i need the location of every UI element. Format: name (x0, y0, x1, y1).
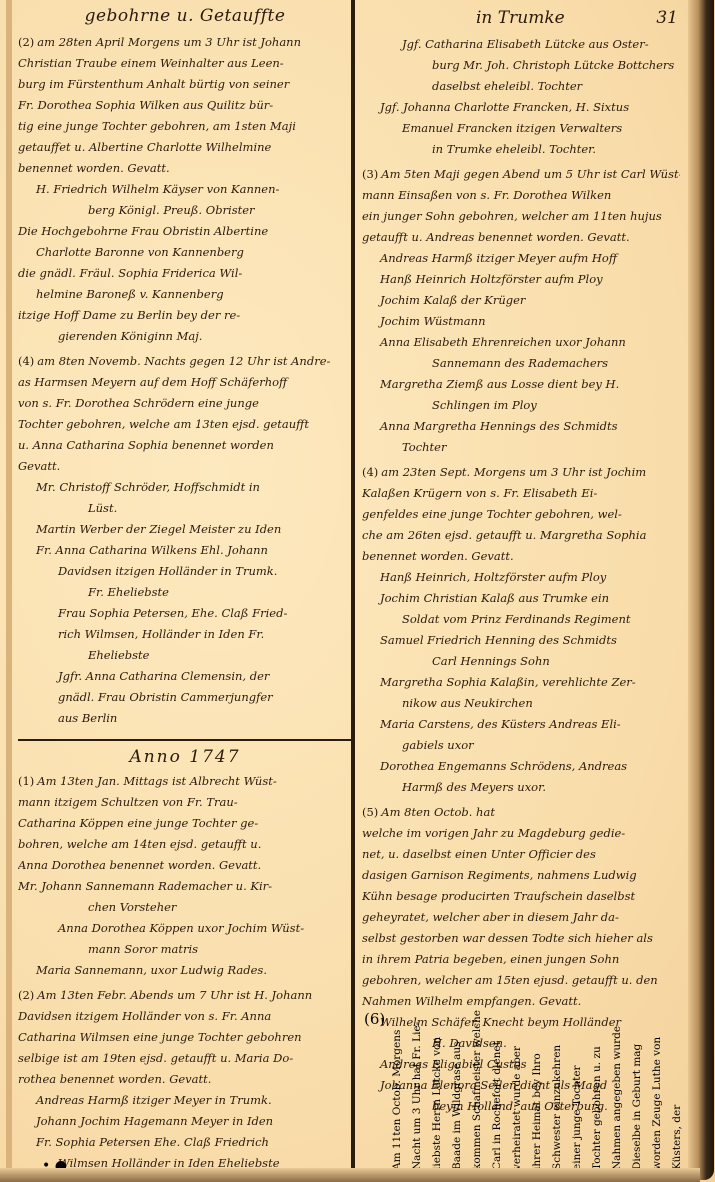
sponsor-line: gierenden Königinn Maj. (18, 326, 352, 347)
vertical-entry-6: (6) Am 11ten Octob. Morgens Nacht um 3 U… (364, 1010, 644, 1170)
vertical-line: Tochter gebohren u. zu (588, 1010, 606, 1170)
sponsor-line: Fr. Anna Catharina Wilkens Ehl. Johann (18, 540, 352, 561)
entry-line: Gevatt. (18, 456, 352, 477)
sponsor-line: chen Vorsteher (18, 897, 352, 918)
sponsor-line: gabiels uxor (362, 735, 680, 756)
entry-line: benennet worden. Gevatt. (362, 546, 680, 567)
entry-line: geheyratet, welcher aber in diesem Jahr … (362, 907, 680, 928)
sponsor-line: Harmß des Meyers uxor. (362, 777, 680, 798)
sponsor-line: aus Berlin (18, 708, 352, 729)
entry-line: Davidsen itzigem Holländer von s. Fr. An… (18, 1006, 352, 1027)
entry-line: getaufft u. Andreas benennet worden. Gev… (362, 227, 680, 248)
entry-line: benennet worden. Gevatt. (18, 158, 352, 179)
entry-number: (6) (364, 1010, 385, 1028)
sponsor-line: Eheliebste (18, 645, 352, 666)
entry-line: Christian Traube einem Weinhalter aus Le… (18, 53, 352, 74)
sponsor-line: Sannemann des Rademachers (362, 353, 680, 374)
right-page-header: in Trumke 31 (476, 8, 678, 28)
sponsor-line: Anna Elisabeth Ehrenreichen uxor Johann (362, 332, 680, 353)
sponsor-line: Anna Dorothea Köppen uxor Jochim Wüst- (18, 918, 352, 939)
entry-number: (3) (362, 167, 378, 181)
continued-sponsors: Jgf. Catharina Elisabeth Lütcke aus Oste… (362, 34, 680, 160)
entry-line: selbst gestorben war dessen Todte sich h… (362, 928, 680, 949)
entry-number: (2) (18, 988, 34, 1002)
book-page-edge (688, 0, 714, 1180)
baptism-entry-2: (2)am 28ten April Morgens um 3 Uhr ist J… (18, 32, 352, 347)
sponsor-line: mann Soror matris (18, 939, 352, 960)
sponsor-line: Jgf. Catharina Elisabeth Lütcke aus Oste… (362, 34, 680, 55)
sponsor-line: Lüst. (18, 498, 352, 519)
sponsor-line: Schlingen im Ploy (362, 395, 680, 416)
sponsor-line: die gnädl. Fräul. Sophia Friderica Wil- (18, 263, 352, 284)
entry-line: Catharina Wilmsen eine junge Tochter geb… (18, 1027, 352, 1048)
entry-line: selbige ist am 19ten ejsd. getaufft u. M… (18, 1048, 352, 1069)
sponsor-line: Tochter (362, 437, 680, 458)
entry-line: Am 8ten Octob. hat (381, 805, 495, 819)
entry-line: Fr. Dorothea Sophia Wilken aus Quilitz b… (18, 95, 352, 116)
sponsor-line: Margretha Sophia Kalaßin, verehlichte Ze… (362, 672, 680, 693)
vertical-line: liebste Herrn Lütcke von (428, 1010, 446, 1170)
entry-line: Nahmen Wilhelm empfangen. Gevatt. (362, 991, 680, 1012)
section-divider (18, 739, 352, 741)
book-spine-gutter (351, 0, 355, 1178)
entry-line: bohren, welche am 14ten ejsd. getaufft u… (18, 834, 352, 855)
entry-line: che am 26ten ejsd. getaufft u. Margretha… (362, 525, 680, 546)
vertical-line: ihrer Heimat bey Ihro (528, 1010, 546, 1170)
sponsor-line: Andreas Harmß itziger Meyer aufm Hoff (362, 248, 680, 269)
sponsor-line: Mr. Christoff Schröder, Hoffschmidt in (18, 477, 352, 498)
vertical-line: Nahmen angegeben wurde (608, 1010, 626, 1170)
sponsor-line: Anna Margretha Hennings des Schmidts (362, 416, 680, 437)
entry-line: burg im Fürstenthum Anhalt bürtig von se… (18, 74, 352, 95)
entry-line: am 23ten Sept. Morgens um 3 Uhr ist Joch… (381, 465, 646, 479)
entry-number: (1) (18, 774, 34, 788)
entry-line: Tochter gebohren, welche am 13ten ejsd. … (18, 414, 352, 435)
entry-line: welche im vorigen Jahr zu Magdeburg gedi… (362, 823, 680, 844)
entry-line: genfeldes eine junge Tochter gebohren, w… (362, 504, 680, 525)
vertical-line: Carl in Rochefort dienet (488, 1010, 506, 1170)
entry-number: (2) (18, 35, 34, 49)
sponsor-line: Maria Carstens, des Küsters Andreas Eli- (362, 714, 680, 735)
sponsor-line: berg Königl. Preuß. Obrister (18, 200, 352, 221)
entry-line: getauffet u. Albertine Charlotte Wilhelm… (18, 137, 352, 158)
sponsor-line: H. Friedrich Wilhelm Käyser von Kannen- (18, 179, 352, 200)
left-page: gebohrne u. Getauffte (2)am 28ten April … (6, 0, 358, 1172)
sponsor-line: Fr. Eheliebste (18, 582, 352, 603)
sponsor-line: Mr. Johann Sannemann Rademacher u. Kir- (18, 876, 352, 897)
baptism-entry-1747-1: (1)Am 13ten Jan. Mittags ist Albrecht Wü… (18, 771, 352, 981)
entry-line: am 28ten April Morgens um 3 Uhr ist Joha… (37, 35, 301, 49)
entry-line: net, u. daselbst einen Unter Officier de… (362, 844, 680, 865)
entry-line: in ihrem Patria begeben, einen jungen So… (362, 949, 680, 970)
sponsor-line: gnädl. Frau Obristin Cammerjungfer (18, 687, 352, 708)
sponsor-line: Jgf. Johanna Charlotte Francken, H. Sixt… (362, 97, 680, 118)
year-heading: Anno 1747 (12, 747, 358, 767)
entry-number: (4) (362, 465, 378, 479)
entry-line: as Harmsen Meyern auf dem Hoff Schäferho… (18, 372, 352, 393)
sponsor-line: Martin Werber der Ziegel Meister zu Iden (18, 519, 352, 540)
vertical-line: Nacht um 3 Uhr hat Fr. Lie- (408, 1010, 426, 1170)
vertical-line: worden Zeuge Luthe von (648, 1010, 666, 1170)
sponsor-line: rich Wilmsen, Holländer in Iden Fr. (18, 624, 352, 645)
entry-number: (4) (18, 354, 34, 368)
entry-line: am 8ten Novemb. Nachts gegen 12 Uhr ist … (37, 354, 330, 368)
sponsor-line: Andreas Harmß itziger Meyer in Trumk. (18, 1090, 352, 1111)
vertical-line: Schwester einzukehren (548, 1010, 566, 1170)
sponsor-line: daselbst eheleibl. Tochter (362, 76, 680, 97)
entry-line: mann Einsaßen von s. Fr. Dorothea Wilken (362, 185, 680, 206)
sponsor-line: in Trumke eheleibl. Tochter. (362, 139, 680, 160)
sponsor-line: Emanuel Francken itzigen Verwalters (362, 118, 680, 139)
vertical-line: Küsters, der (668, 1010, 686, 1170)
sponsor-line: Fr. Sophia Petersen Ehe. Claß Friedrich (18, 1132, 352, 1153)
sponsor-line: Jochim Wüstmann (362, 311, 680, 332)
entry-line: mann itzigem Schultzen von Fr. Trau- (18, 792, 352, 813)
left-page-heading: gebohrne u. Getauffte (12, 6, 358, 26)
entry-line: Anna Dorothea benennet worden. Gevatt. (18, 855, 352, 876)
entry-line: u. Anna Catharina Sophia benennet worden (18, 435, 352, 456)
sponsor-line: nikow aus Neukirchen (362, 693, 680, 714)
sponsor-line: itzige Hoff Dame zu Berlin bey der re- (18, 305, 352, 326)
entry-line: Am 5ten Maji gegen Abend um 5 Uhr ist Ca… (381, 167, 680, 181)
page-number: 31 (656, 8, 678, 28)
entry-line: rothea benennet worden. Gevatt. (18, 1069, 352, 1090)
baptism-entry-4b: (4)am 23ten Sept. Morgens um 3 Uhr ist J… (362, 462, 680, 798)
sponsor-line: Margretha Ziemß aus Losse dient bey H. (362, 374, 680, 395)
sponsor-line: helmine Baroneß v. Kannenberg (18, 284, 352, 305)
entry-line: ein junger Sohn gebohren, welcher am 11t… (362, 206, 680, 227)
sponsor-line: Jgfr. Anna Catharina Clemensin, der (18, 666, 352, 687)
baptism-entry-3: (3)Am 5ten Maji gegen Abend um 5 Uhr ist… (362, 164, 680, 458)
sponsor-line: Carl Hennings Sohn (362, 651, 680, 672)
entry-number: (5) (362, 805, 378, 819)
sponsor-line: Dorothea Engemanns Schrödens, Andreas (362, 756, 680, 777)
baptism-entry-1747-2: (2)Am 13ten Febr. Abends um 7 Uhr ist H.… (18, 985, 352, 1174)
right-page-heading: in Trumke (476, 8, 565, 28)
sponsor-line: Samuel Friedrich Henning des Schmidts (362, 630, 680, 651)
sponsor-line: Hanß Heinrich, Holtzförster aufm Ploy (362, 567, 680, 588)
sponsor-line: Johann Jochim Hagemann Meyer in Iden (18, 1111, 352, 1132)
sponsor-line: Jochim Kalaß der Krüger (362, 290, 680, 311)
entry-line: Kalaßen Krügern von s. Fr. Elisabeth Ei- (362, 483, 680, 504)
vertical-line: Am 11ten Octob. Morgens (388, 1010, 406, 1170)
sponsor-line: Soldat vom Prinz Ferdinands Regiment (362, 609, 680, 630)
vertical-text-columns: Am 11ten Octob. Morgens Nacht um 3 Uhr h… (388, 1010, 686, 1170)
sponsor-line: Die Hochgebohrne Frau Obristin Albertine (18, 221, 352, 242)
sponsor-line: Maria Sannemann, uxor Ludwig Rades. (18, 960, 352, 981)
vertical-line: einer junge Tochter (568, 1010, 586, 1170)
sponsor-line: Davidsen itzigen Holländer in Trumk. (18, 561, 352, 582)
sponsor-line: Hanß Heinrich Holtzförster aufm Ploy (362, 269, 680, 290)
sponsor-line: Charlotte Baronne von Kannenberg (18, 242, 352, 263)
sponsor-line: Frau Sophia Petersen, Ehe. Claß Fried- (18, 603, 352, 624)
vertical-line: kommen Schafmeister welche (468, 1010, 486, 1170)
entry-line: von s. Fr. Dorothea Schrödern eine junge (18, 393, 352, 414)
book-bottom-edge (0, 1168, 700, 1182)
entry-line: Catharina Köppen eine junge Tochter ge- (18, 813, 352, 834)
entry-line: Am 13ten Jan. Mittags ist Albrecht Wüst- (37, 774, 276, 788)
entry-line: tig eine junge Tochter gebohren, am 1ste… (18, 116, 352, 137)
entry-line: dasigen Garnison Regiments, nahmens Ludw… (362, 865, 680, 886)
baptism-entry-4: (4)am 8ten Novemb. Nachts gegen 12 Uhr i… (18, 351, 352, 729)
entry-line: Am 13ten Febr. Abends um 7 Uhr ist H. Jo… (37, 988, 312, 1002)
sponsor-line: burg Mr. Joh. Christoph Lütcke Bottchers (362, 55, 680, 76)
sponsor-line: Jochim Christian Kalaß aus Trumke ein (362, 588, 680, 609)
right-page: in Trumke 31 Jgf. Catharina Elisabeth Lü… (356, 0, 686, 1172)
entry-line: gebohren, welcher am 15ten ejusd. getauf… (362, 970, 680, 991)
vertical-line: Baade im Wildgrase aus (448, 1010, 466, 1170)
register-book: gebohrne u. Getauffte (2)am 28ten April … (0, 0, 715, 1182)
entry-line: Kühn besage producirten Traufschein dase… (362, 886, 680, 907)
vertical-line: Dieselbe in Geburt mag (628, 1010, 646, 1170)
vertical-line: verheiratet wurde aber (508, 1010, 526, 1170)
